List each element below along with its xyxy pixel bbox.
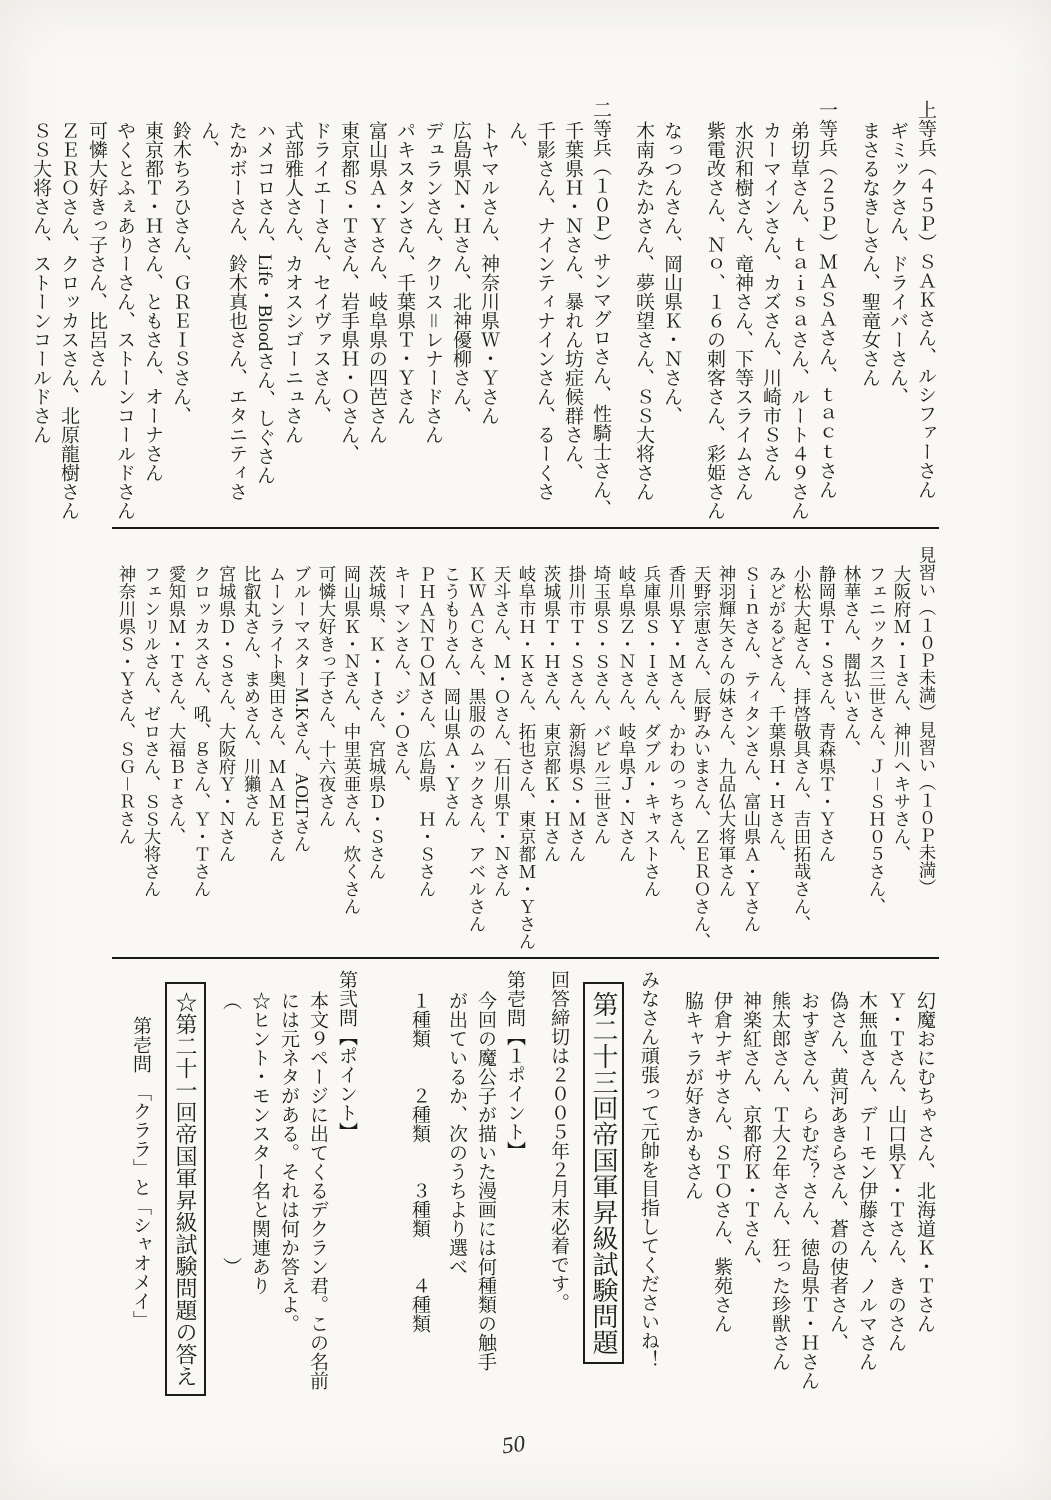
- credit-names-line: 式部雅人さん、カオスシゴーニュさん: [278, 100, 306, 532]
- cheer-message: みなさん頑張って元帥を目指してくださいね！: [634, 970, 663, 1434]
- quiz-deadline: 回答締切は２００５年２月末必着です。: [544, 970, 573, 1434]
- credit-names-line: 可憐大好きっ子さん、十六夜さん: [314, 546, 339, 956]
- credit-names-line: 比叡丸さん、まめさん、川獺さん: [239, 546, 264, 956]
- page-number: 50: [501, 1431, 527, 1460]
- credit-names-line: 幻魔おにむちゃさん、北海道Ｋ・Ｔさん: [910, 970, 939, 1434]
- credit-names-line: ＳＳ大将さん、ストーンコールドさん: [26, 100, 54, 532]
- credit-names-line: 掛川市Ｔ・Ｓさん、新潟県Ｓ・Ｍさん: [564, 546, 589, 956]
- credit-names-line: 千影さん、ナインティナインさん、るーくさん、: [502, 100, 558, 532]
- credit-names-line: 弟切草さん、ｔａｉｓａさん、ルート４９さん: [784, 100, 812, 532]
- credit-names-line: ハメコロさん、Life・Bloodさん、しぐさん: [250, 100, 278, 532]
- credit-names-line: 大阪府Ｍ・Ｉさん、神川ヘキサさん、: [889, 546, 914, 956]
- credit-names-line: パキスタンさん、千葉県Ｔ・Ｙさん: [390, 100, 418, 532]
- credit-names-line: 林華さん、闇払いさん、: [839, 546, 864, 956]
- question-1-choices: １種類 ２種類 ３種類 ４種類: [405, 970, 434, 1434]
- credit-names-line: こうもりさん、岡山県Ａ・Ｙさん: [439, 546, 464, 956]
- credit-names-line: 小松大起さん、拝啓敬具さん、吉田拓哉さん、: [789, 546, 814, 956]
- rank-header-minarai: 見習い（１０Ｐ未満）見習い（１０Ｐ未満）: [914, 546, 939, 956]
- credit-names-line: トヤマルさん、神奈川県Ｗ・Ｙさん: [474, 100, 502, 532]
- credit-names-line: 富山県Ａ・Ｙさん、岐阜県の四芭さん: [362, 100, 390, 532]
- credit-names-line: 岡山県Ｋ・Ｎさん、中里英亜さん、炊くさん: [339, 546, 364, 956]
- credit-names-line: まさるなきしさん、聖竜女さん: [855, 100, 883, 532]
- question-2-header: 第弐問【ポイント】: [332, 970, 361, 1434]
- quiz-block: 幻魔おにむちゃさん、北海道Ｋ・ＴさんＹ・Ｔさん、山口県Ｙ・Ｔさん、きのさん木無血…: [112, 970, 939, 1434]
- credit-names-line: ギミックさん、ドライバーさん、: [883, 100, 911, 532]
- credit-names-line: デュランさん、クリス＝レナードさん: [418, 100, 446, 532]
- question-1-text-line: が出ているか、次のうちより選べ: [442, 970, 471, 1434]
- section-divider-top: [112, 527, 939, 529]
- credit-names-line: 鈴木ちろひさん、ＧＲＥＩＳさん、: [166, 100, 194, 532]
- credit-names-line: 天斗さん、Ｍ・Ｏさん、石川県Ｔ・Ｎさん: [489, 546, 514, 956]
- credit-names-line: 茨城県、Ｋ・Ｉさん、宮城県Ｄ・Ｓさん: [364, 546, 389, 956]
- credit-names-line: 神楽紅さん、京都府Ｋ・Ｔさん、: [736, 970, 765, 1434]
- credit-names-line: みどがるどさん、千葉県Ｈ・Ｈさん、: [764, 546, 789, 956]
- credit-names-line: 香川県Ｙ・Ｍさん、かわのっちさん、: [664, 546, 689, 956]
- credit-names-line: カーマインさん、カズさん、川崎市Ｓさん: [756, 100, 784, 532]
- credit-names-line: 神羽輝矢さんの妹さん、九品仏大将軍さん: [714, 546, 739, 956]
- credit-names-line: 宮城県Ｄ・Ｓさん、大阪府Ｙ・Ｎさん: [214, 546, 239, 956]
- credit-names-line: 脇キャラが好きかもさん: [678, 970, 707, 1434]
- question-2-text-line: には元ネタがある。それは何か答えよ。: [274, 970, 303, 1434]
- credit-names-line: 千葉県Ｈ・Ｎさん、暴れん坊症候群さん、: [558, 100, 586, 532]
- credit-names-line: 東京都Ｓ・Ｔさん、岩手県Ｈ・Ｏさん、: [334, 100, 362, 532]
- credit-names-line: 岐阜市Ｈ・Ｋさん、拓也さん、東京都Ｍ・Ｙさん: [514, 546, 539, 956]
- credit-names-line: ＰＨＡＮＴＯＭさん、広島県 Ｈ・Ｓさん: [414, 546, 439, 956]
- credit-names-line: 岐阜県Ｚ・Ｎさん、岐阜県Ｊ・Ｎさん: [614, 546, 639, 956]
- credit-names-line: キーマンさん、ジ・Ｏさん、: [389, 546, 414, 956]
- credits-block-apprentice: 見習い（１０Ｐ未満）見習い（１０Ｐ未満）大阪府Ｍ・Ｉさん、神川ヘキサさん、フェニ…: [112, 546, 939, 956]
- credit-names-line: 偽さん、黄河あきらさん、蒼の使者さん、: [823, 970, 852, 1434]
- credit-names-line: Ｓｉｎさん、ティタンさん、富山県Ａ・Ｙさん: [739, 546, 764, 956]
- question-2-hint: ☆ヒント・モンスター名と関連あり: [245, 970, 274, 1434]
- section-divider-bottom: [112, 957, 939, 959]
- rank-header-joutouhei: 上等兵（４５Ｐ）ＳＡＫさん、ルシファーさん: [911, 100, 939, 532]
- credit-names-line: 茨城県Ｔ・Ｈさん、東京都Ｋ・Ｈさん: [539, 546, 564, 956]
- answer-1-line: 第壱問 「クララ」と「シャオメイ」: [126, 970, 155, 1434]
- credit-names-line: 埼玉県Ｓ・Ｓさん、バビル三世さん: [589, 546, 614, 956]
- credit-names-line: ＫＷＡＣさん、黒服のムックさん、アベルさん: [464, 546, 489, 956]
- credit-names-line: 兵庫県Ｓ・Ｉさん、ダブル・キャストさん: [639, 546, 664, 956]
- credit-names-line: 東京都Ｔ・Ｈさん、ともさん、オーナさん: [138, 100, 166, 532]
- credit-names-line: フェンリルさん、ゼロさん、ＳＳ大将さん: [139, 546, 164, 956]
- credit-names-line: おすぎさん、らむだ？さん、徳島県Ｔ・Ｈさん: [794, 970, 823, 1434]
- rank-header-ittouhei: 一等兵（２５Ｐ）ＭＡＳＡさん、ｔａｃｔさん: [812, 100, 840, 532]
- credit-names-line: やくとふぇありーさん、ストーンコールドさん: [110, 100, 138, 532]
- credit-names-line: 紫電改さん、Ｎｏ、１６の刺客さん、彩姫さん: [700, 100, 728, 532]
- credit-names-line: 伊倉ナギサさん、ＳＴＯさん、紫苑さん: [707, 970, 736, 1434]
- credit-names-line: ブルーマスターM.Kさん、AOLTさん: [289, 546, 314, 956]
- credit-names-line: 熊太郎さん、Ｔ大２年さん、狂った珍獣さん: [765, 970, 794, 1434]
- credit-names-line: なっつんさん、岡山県Ｋ・Ｎさん、: [657, 100, 685, 532]
- doujinshi-credits-page: 上等兵（４５Ｐ）ＳＡＫさん、ルシファーさんギミックさん、ドライバーさん、まさるな…: [0, 0, 1051, 1500]
- credit-names-line: 天野宗恵さん、辰野みいまさん、ＺＥＲＯさん、: [689, 546, 714, 956]
- quiz-title-boxed: 第二十三回帝国軍昇級試験問題: [583, 982, 624, 1364]
- credit-names-line: クロッカスさん、吼、ｇさん、Ｙ・Ｔさん: [189, 546, 214, 956]
- question-2-text-line: 本文９ページに出てくるデクラン君。この名前: [303, 970, 332, 1434]
- hint-parentheses: （ ）: [216, 970, 245, 1434]
- credit-names-line: 愛知県Ｍ・Ｔさん、大福Ｂｒさん、: [164, 546, 189, 956]
- credit-names-line: フェニックス三世さん、Ｊ－ＳＨ０５さん、: [864, 546, 889, 956]
- credit-names-line: たかボーさん、鈴木真也さん、エタニティさん、: [194, 100, 250, 532]
- rank-header-nitouhei: 二等兵（１０Ｐ）サンマグロさん、性騎士さん、: [586, 100, 614, 532]
- credit-names-line: 可憐大好きっ子さん、比呂さん: [82, 100, 110, 532]
- credit-names-line: 広島県Ｎ・Ｈさん、北神優柳さん、: [446, 100, 474, 532]
- credit-names-line: 神奈川県Ｓ・Ｙさん、ＳＧ－Ｒさん: [114, 546, 139, 956]
- answers-title-boxed: ☆第二十一回帝国軍昇級試験問題の答え: [165, 982, 206, 1396]
- credit-names-line: ムーンライト奥田さん、ＭＡＭＥさん: [264, 546, 289, 956]
- question-1-header: 第壱問【１ポイント】: [500, 970, 529, 1434]
- credit-names-line: 静岡県Ｔ・Ｓさん、青森県Ｔ・Ｙさん: [814, 546, 839, 956]
- credit-names-line: 木無血さん、デーモン伊藤さん、ノルマさん: [852, 970, 881, 1434]
- credit-names-line: 水沢和樹さん、竜神さん、下等スライムさん: [728, 100, 756, 532]
- credit-names-line: ドライエーさん、セイヴァスさん、: [306, 100, 334, 532]
- credit-names-line: ＺＥＲＯさん、クロッカスさん、北原龍樹さん: [54, 100, 82, 532]
- credit-names-line: Ｙ・Ｔさん、山口県Ｙ・Ｔさん、きのさん: [881, 970, 910, 1434]
- credit-names-line: 木南みたかさん、夢咲望さん、ＳＳ大将さん: [629, 100, 657, 532]
- credits-block-ranked: 上等兵（４５Ｐ）ＳＡＫさん、ルシファーさんギミックさん、ドライバーさん、まさるな…: [112, 100, 939, 532]
- question-1-text-line: 今回の魔公子が描いた漫画には何種類の触手: [471, 970, 500, 1434]
